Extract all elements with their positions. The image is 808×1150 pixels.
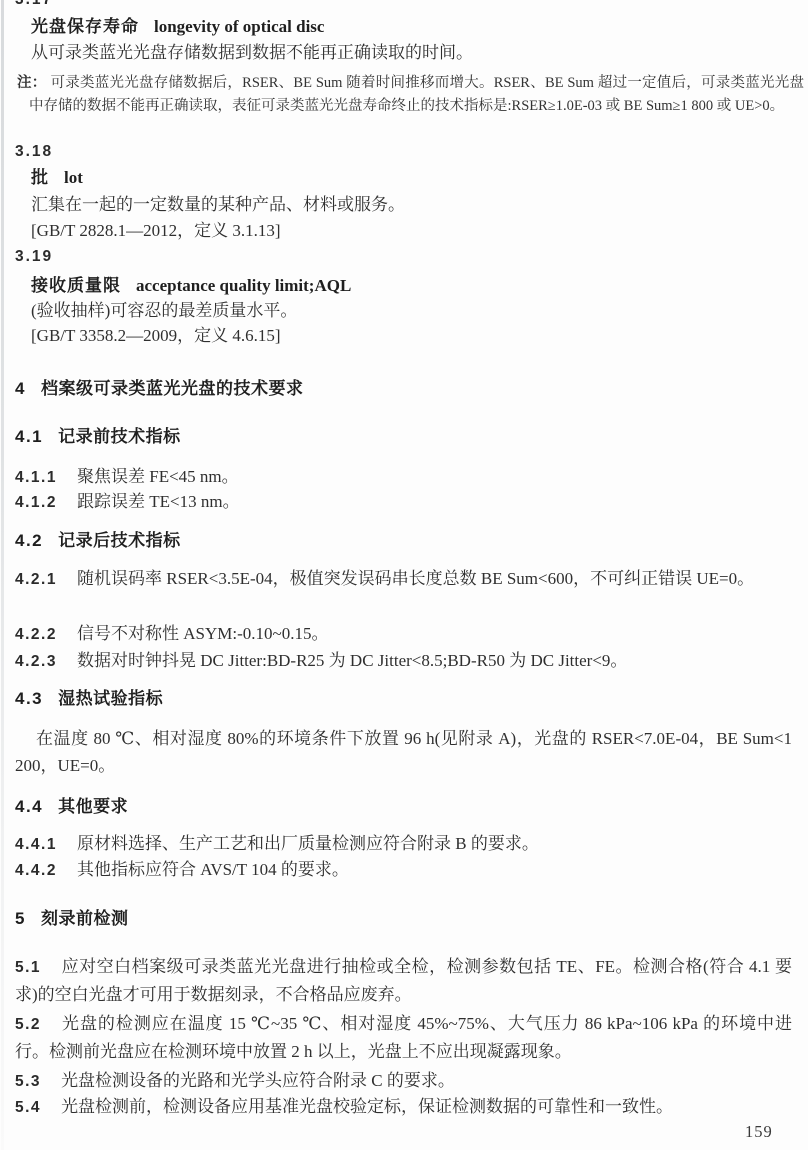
clause-4-1-2: 4.1.2跟踪误差 TE<13 nm。 [15, 488, 792, 516]
clause-number: 4.2.1 [15, 571, 57, 588]
term-heading-3-17: 光盘保存寿命longevity of optical disc [31, 13, 324, 40]
clause-text: 信号不对称性 ASYM:-0.10~0.15。 [77, 624, 328, 643]
note-3-17: 注：可录类蓝光光盘存储数据后，RSER、BE Sum 随着时间推移而增大。RSE… [17, 72, 804, 118]
clause-4-2-3: 4.2.3数据对时钟抖晃 DC Jitter:BD-R25 为 DC Jitte… [15, 647, 792, 675]
section-title: 湿热试验指标 [58, 689, 163, 708]
source-reference-3-18: [GB/T 2828.1—2012，定义 3.1.13] [31, 217, 281, 244]
section-number: 4.1 [15, 427, 43, 446]
clause-number: 4.2.2 [15, 626, 57, 643]
clause-text: 随机误码率 RSER<3.5E-04，极值突发误码串长度总数 BE Sum<60… [77, 569, 754, 588]
clause-number: 5.2 [15, 1016, 41, 1033]
clause-4-2-1: 4.2.1随机误码率 RSER<3.5E-04，极值突发误码串长度总数 BE S… [15, 565, 792, 593]
document-page: { "colors": { "ink": "#2f2f2f", "page_ba… [0, 0, 808, 1150]
section-number: 5 [15, 909, 26, 928]
section-title: 刻录前检测 [41, 909, 129, 928]
section-number: 4.2 [15, 531, 43, 550]
term-zh: 批 [31, 168, 49, 187]
clause-4-2-2: 4.2.2信号不对称性 ASYM:-0.10~0.15。 [15, 620, 792, 648]
clause-5-2: 5.2光盘的检测应在温度 15 ℃~35 ℃、相对湿度 45%~75%、大气压力… [15, 1010, 792, 1065]
clause-number: 4.1.1 [15, 469, 57, 486]
term-en: lot [64, 168, 83, 187]
clause-text: 光盘检测前，检测设备应用基准光盘校验定标，保证检测数据的可靠性和一致性。 [61, 1097, 673, 1116]
clause-number: 5.4 [15, 1099, 41, 1116]
clause-text: 应对空白档案级可录类蓝光光盘进行抽检或全检，检测参数包括 TE、FE。检测合格(… [15, 957, 792, 1004]
section-title: 记录前技术指标 [58, 427, 181, 446]
clause-text: 跟踪误差 TE<13 nm。 [77, 492, 240, 511]
section-number: 4.4 [15, 797, 43, 816]
source-reference-3-19: [GB/T 3358.2—2009，定义 4.6.15] [31, 322, 281, 349]
section-title: 档案级可录类蓝光光盘的技术要求 [41, 379, 304, 398]
section-number: 4 [15, 379, 26, 398]
clause-number: 4.2.3 [15, 653, 57, 670]
clause-text: 光盘的检测应在温度 15 ℃~35 ℃、相对湿度 45%~75%、大气压力 86… [15, 1014, 792, 1061]
section-heading-4: 4档案级可录类蓝光光盘的技术要求 [15, 375, 303, 402]
clause-number: 4.4.1 [15, 836, 57, 853]
clause-4-4-1: 4.4.1原材料选择、生产工艺和出厂质量检测应符合附录 B 的要求。 [15, 830, 792, 858]
term-zh: 接收质量限 [31, 276, 121, 295]
definition-3-18: 汇集在一起的一定数量的某种产品、材料或服务。 [31, 191, 405, 218]
definition-3-17: 从可录类蓝光光盘存储数据到数据不能再正确读取的时间。 [31, 39, 473, 66]
section-number: 4.3 [15, 689, 43, 708]
subsection-heading-4-4: 4.4其他要求 [15, 793, 128, 820]
clause-5-3: 5.3光盘检测设备的光路和光学头应符合附录 C 的要求。 [15, 1067, 792, 1095]
note-label: 注： [17, 75, 47, 91]
clause-text: 光盘检测设备的光路和光学头应符合附录 C 的要求。 [61, 1071, 455, 1090]
paragraph-4-3: 在温度 80 ℃、相对湿度 80%的环境条件下放置 96 h(见附录 A)，光盘… [15, 725, 792, 779]
clause-text: 其他指标应符合 AVS/T 104 的要求。 [77, 860, 349, 879]
section-title: 其他要求 [58, 797, 128, 816]
clause-number-3-17: 3.17 [15, 0, 53, 12]
subsection-heading-4-1: 4.1记录前技术指标 [15, 423, 181, 450]
scan-edge-artifact [1, 0, 4, 1150]
clause-number: 4.4.2 [15, 862, 57, 879]
clause-4-4-2: 4.4.2其他指标应符合 AVS/T 104 的要求。 [15, 856, 792, 884]
subsection-heading-4-3: 4.3湿热试验指标 [15, 685, 163, 712]
clause-4-1-1: 4.1.1聚焦误差 FE<45 nm。 [15, 463, 792, 491]
clause-number: 4.1.2 [15, 494, 57, 511]
definition-3-19: (验收抽样)可容忍的最差质量水平。 [31, 297, 297, 324]
clause-number: 5.3 [15, 1073, 41, 1090]
note-text: 可录类蓝光光盘存储数据后，RSER、BE Sum 随着时间推移而增大。RSER、… [29, 75, 804, 114]
clause-number: 5.1 [15, 959, 41, 976]
term-en: acceptance quality limit;AQL [136, 276, 351, 295]
clause-text: 原材料选择、生产工艺和出厂质量检测应符合附录 B 的要求。 [77, 834, 539, 853]
page-number: 159 [745, 1121, 773, 1143]
clause-5-4: 5.4光盘检测前，检测设备应用基准光盘校验定标，保证检测数据的可靠性和一致性。 [15, 1093, 792, 1121]
clause-text: 聚焦误差 FE<45 nm。 [77, 467, 239, 486]
section-title: 记录后技术指标 [58, 531, 181, 550]
term-heading-3-19: 接收质量限acceptance quality limit;AQL [31, 272, 351, 299]
clause-number-3-18: 3.18 [15, 140, 53, 164]
term-zh: 光盘保存寿命 [31, 17, 139, 36]
term-en: longevity of optical disc [154, 17, 324, 36]
term-heading-3-18: 批lot [31, 164, 83, 191]
subsection-heading-4-2: 4.2记录后技术指标 [15, 527, 181, 554]
clause-number-3-19: 3.19 [15, 245, 53, 269]
section-heading-5: 5刻录前检测 [15, 905, 128, 932]
clause-5-1: 5.1应对空白档案级可录类蓝光光盘进行抽检或全检，检测参数包括 TE、FE。检测… [15, 953, 792, 1008]
clause-text: 数据对时钟抖晃 DC Jitter:BD-R25 为 DC Jitter<8.5… [77, 651, 627, 670]
